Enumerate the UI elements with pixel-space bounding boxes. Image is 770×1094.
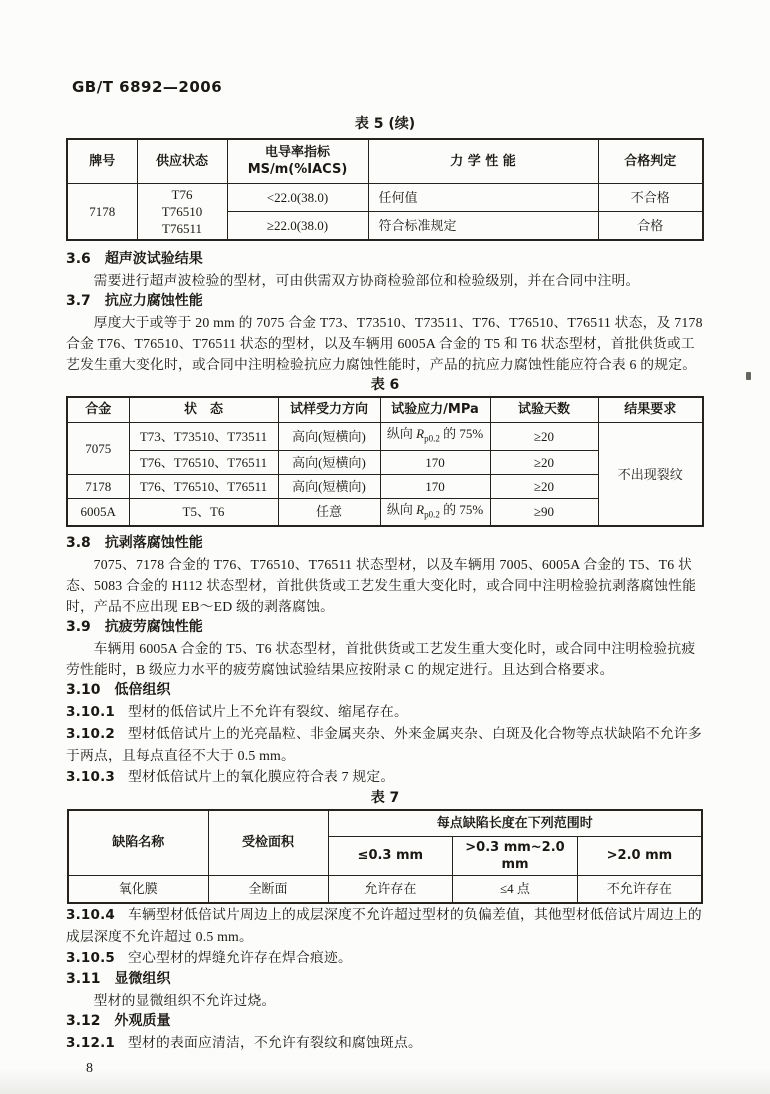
document-page: GB/T 6892—2006 表 5 (续) 牌号 供应状态 电导率指标 MS/… <box>0 0 770 1094</box>
section-3-7-body: 厚度大于或等于 20 mm 的 7075 合金 T73、T73510、T7351… <box>66 312 704 375</box>
clause-3-10-2-body: 型材低倍试片上的光亮晶粒、非金属夹杂、外来金属夹杂、白斑及化合物等点状缺陷不允许… <box>66 726 702 763</box>
section-3-9-heading: 3.9抗疲劳腐蚀性能 <box>66 617 704 638</box>
table7-subheader-3: >2.0 mm <box>577 836 702 875</box>
clause-3-10-3: 3.10.3型材低倍试片上的氧化膜应符合表 7 规定。 <box>66 766 704 788</box>
table6-header-days: 试验天数 <box>490 397 598 423</box>
table7-cell-1: 允许存在 <box>328 875 453 903</box>
table6-temper-1: T73、T73510、T73511 <box>129 423 278 451</box>
section-3-10-number: 3.10 <box>66 680 101 701</box>
section-3-10-heading: 3.10低倍组织 <box>66 680 704 701</box>
table5-header-supply: 供应状态 <box>137 139 227 183</box>
section-3-11-title: 显微组织 <box>115 971 171 987</box>
table6-alloy-7075: 7075 <box>67 423 129 475</box>
table5-temper-1: T76 <box>142 186 223 203</box>
clause-3-12-1-number: 3.12.1 <box>66 1035 115 1051</box>
table5-conductivity-1: <22.0(38.0) <box>227 183 368 211</box>
clause-3-10-4-body: 车辆型材低倍试片周边上的成层深度不允许超过型材的负偏差值，其他型材低倍试片周边上… <box>66 907 702 944</box>
table5-header-conductivity-line1: 电导率指标 <box>232 144 364 161</box>
clause-3-10-4: 3.10.4车辆型材低倍试片周边上的成层深度不允许超过型材的负偏差值，其他型材低… <box>66 904 704 947</box>
table6-alloy-7178: 7178 <box>67 474 129 498</box>
stress-lead: 纵向 <box>387 426 416 441</box>
clause-3-10-2-number: 3.10.2 <box>66 726 115 742</box>
table6-days-1: ≥20 <box>490 423 598 451</box>
table5-header-row: 牌号 供应状态 电导率指标 MS/m(%IACS) 力 学 性 能 合格判定 <box>67 139 703 183</box>
table6-temper-4: T5、T6 <box>129 498 278 526</box>
table6-direction-3: 高向(短横向) <box>278 474 380 498</box>
table6-header-stress: 试验应力/MPa <box>380 397 490 423</box>
stress-subscript: p0.2 <box>424 509 440 519</box>
clause-3-10-1: 3.10.1型材的低倍试片上不允许有裂纹、缩尾存在。 <box>66 701 704 723</box>
section-3-9-title: 抗疲劳腐蚀性能 <box>105 619 203 635</box>
section-3-11-heading: 3.11显微组织 <box>66 969 704 990</box>
table5-brand-cell: 7178 <box>67 183 137 240</box>
table5-tempers-cell: T76 T76510 T76511 <box>137 183 227 240</box>
table7-area: 全断面 <box>208 875 328 903</box>
table5-header-brand: 牌号 <box>67 139 137 183</box>
stress-tail: 的 75% <box>440 502 483 517</box>
table5-temper-3: T76511 <box>142 220 223 237</box>
table7-header-area: 受检面积 <box>208 810 328 875</box>
table6: 合金 状 态 试样受力方向 试验应力/MPa 试验天数 结果要求 7075 T7… <box>66 396 704 528</box>
table6-days-3: ≥20 <box>490 474 598 498</box>
table6-days-4: ≥90 <box>490 498 598 526</box>
clause-3-10-4-number: 3.10.4 <box>66 907 115 923</box>
table5: 牌号 供应状态 电导率指标 MS/m(%IACS) 力 学 性 能 合格判定 7… <box>66 138 704 241</box>
section-3-11-body: 型材的显微组织不允许过烧。 <box>66 990 704 1011</box>
stress-tail: 的 75% <box>440 426 483 441</box>
section-3-6-body: 需要进行超声波检验的型材，可由供需双方协商检验部位和检验级别，并在合同中注明。 <box>66 270 704 291</box>
table6-stress-3: 170 <box>380 474 490 498</box>
table7-header-defect-name: 缺陷名称 <box>68 810 208 875</box>
section-3-6-heading: 3.6超声波试验结果 <box>66 249 704 270</box>
clause-3-10-5: 3.10.5空心型材的焊缝允许存在焊合痕迹。 <box>66 947 704 969</box>
page-number: 8 <box>86 1060 704 1078</box>
section-3-11-number: 3.11 <box>66 969 101 990</box>
table7-cell-2: ≤4 点 <box>453 875 578 903</box>
stress-subscript: p0.2 <box>424 434 440 444</box>
table6-direction-2: 高向(短横向) <box>278 450 380 474</box>
table7-header-span: 每点缺陷长度在下列范围时 <box>328 810 702 836</box>
table6-header-alloy: 合金 <box>67 397 129 423</box>
clause-3-10-2: 3.10.2型材低倍试片上的光亮晶粒、非金属夹杂、外来金属夹杂、白斑及化合物等点… <box>66 723 704 766</box>
table6-direction-1: 高向(短横向) <box>278 423 380 451</box>
table7: 缺陷名称 受检面积 每点缺陷长度在下列范围时 ≤0.3 mm >0.3 mm~2… <box>67 809 703 904</box>
table6-days-2: ≥20 <box>490 450 598 474</box>
stress-symbol: R <box>416 502 424 517</box>
section-3-12-heading: 3.12外观质量 <box>66 1011 704 1032</box>
table5-row-1: 7178 T76 T76510 T76511 <22.0(38.0) 任何值 不… <box>67 183 703 211</box>
section-3-8-heading: 3.8抗剥落腐蚀性能 <box>66 533 704 554</box>
section-3-7-heading: 3.7抗应力腐蚀性能 <box>66 291 704 312</box>
table7-cell-3: 不允许存在 <box>577 875 702 903</box>
table5-header-verdict: 合格判定 <box>598 139 703 183</box>
clause-3-10-3-number: 3.10.3 <box>66 769 115 785</box>
table7-subheader-2: >0.3 mm~2.0 mm <box>453 836 578 875</box>
section-3-9-number: 3.9 <box>66 617 91 638</box>
section-3-6-number: 3.6 <box>66 249 91 270</box>
section-3-8-title: 抗剥落腐蚀性能 <box>105 535 203 551</box>
table6-result-cell: 不出现裂纹 <box>598 423 703 527</box>
table6-header-temper: 状 态 <box>129 397 278 423</box>
section-3-7-number: 3.7 <box>66 291 91 312</box>
table5-header-conductivity: 电导率指标 MS/m(%IACS) <box>227 139 368 183</box>
table6-header-row: 合金 状 态 试样受力方向 试验应力/MPa 试验天数 结果要求 <box>67 397 703 423</box>
table6-alloy-6005a: 6005A <box>67 498 129 526</box>
doc-code: GB/T 6892—2006 <box>72 78 704 96</box>
scan-speck-artifact <box>746 372 751 380</box>
table5-mech-2: 符合标准规定 <box>368 211 598 239</box>
section-3-10-title: 低倍组织 <box>115 682 171 698</box>
table7-subheader-1: ≤0.3 mm <box>328 836 453 875</box>
section-3-7-title: 抗应力腐蚀性能 <box>105 293 203 309</box>
table7-header-row-1: 缺陷名称 受检面积 每点缺陷长度在下列范围时 <box>68 810 702 836</box>
table6-stress-4: 纵向 Rp0.2 的 75% <box>380 498 490 526</box>
table5-verdict-2: 合格 <box>598 211 703 239</box>
table5-verdict-1: 不合格 <box>598 183 703 211</box>
table5-mech-1: 任何值 <box>368 183 598 211</box>
section-3-6-title: 超声波试验结果 <box>105 251 203 267</box>
table5-header-mech: 力 学 性 能 <box>368 139 598 183</box>
section-3-12-title: 外观质量 <box>115 1013 171 1029</box>
section-3-9-body: 车辆用 6005A 合金的 T5、T6 状态型材，首批供货或工艺发生重大变化时，… <box>66 638 704 680</box>
table6-row-1: 7075 T73、T73510、T73511 高向(短横向) 纵向 Rp0.2 … <box>67 423 703 451</box>
table6-caption: 表 6 <box>66 377 704 393</box>
table7-data-row: 氧化膜 全断面 允许存在 ≤4 点 不允许存在 <box>68 875 702 903</box>
clause-3-10-5-number: 3.10.5 <box>66 950 115 966</box>
table6-stress-2: 170 <box>380 450 490 474</box>
table5-conductivity-2: ≥22.0(38.0) <box>227 211 368 239</box>
table6-temper-2: T76、T76510、T76511 <box>129 450 278 474</box>
table6-header-direction: 试样受力方向 <box>278 397 380 423</box>
table7-caption: 表 7 <box>66 790 704 806</box>
table5-header-conductivity-line2: MS/m(%IACS) <box>232 161 364 178</box>
clause-3-10-1-number: 3.10.1 <box>66 704 115 720</box>
section-3-8-body: 7075、7178 合金的 T76、T76510、T76511 状态型材，以及车… <box>66 554 704 617</box>
clause-3-10-3-body: 型材低倍试片上的氧化膜应符合表 7 规定。 <box>128 769 394 784</box>
clause-3-10-1-body: 型材的低倍试片上不允许有裂纹、缩尾存在。 <box>128 704 408 719</box>
section-3-8-number: 3.8 <box>66 533 91 554</box>
clause-3-12-1-body: 型材的表面应清洁，不允许有裂纹和腐蚀斑点。 <box>128 1035 422 1050</box>
table6-temper-3: T76、T76510、T76511 <box>129 474 278 498</box>
table5-temper-2: T76510 <box>142 203 223 220</box>
stress-symbol: R <box>416 426 424 441</box>
table6-direction-4: 任意 <box>278 498 380 526</box>
table6-stress-1: 纵向 Rp0.2 的 75% <box>380 423 490 451</box>
clause-3-12-1: 3.12.1型材的表面应清洁，不允许有裂纹和腐蚀斑点。 <box>66 1032 704 1054</box>
stress-lead: 纵向 <box>387 502 416 517</box>
table7-defect-name: 氧化膜 <box>68 875 208 903</box>
table5-caption: 表 5 (续) <box>66 116 704 132</box>
section-3-12-number: 3.12 <box>66 1011 101 1032</box>
table6-header-result: 结果要求 <box>598 397 703 423</box>
clause-3-10-5-body: 空心型材的焊缝允许存在焊合痕迹。 <box>128 950 352 965</box>
